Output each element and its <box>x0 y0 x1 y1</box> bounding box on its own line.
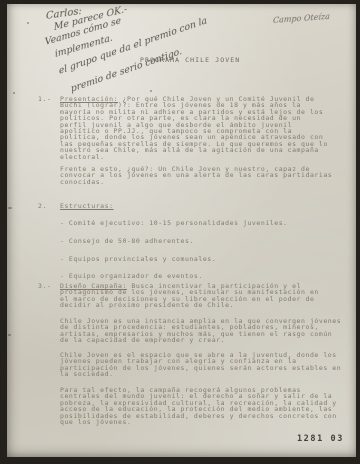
section-body: Presentación: ¿Por qué Chile Joven y un … <box>60 96 332 160</box>
bullet-item: - Equipos provinciales y comunales. <box>60 256 342 262</box>
paragraph: Para tal efecto, la campaña recogerá alg… <box>60 387 345 425</box>
paragraph: Frente a esto, ¿qué?: Un Chile Joven y n… <box>60 166 342 185</box>
paper-speck <box>13 92 15 94</box>
paragraph: Chile Joven es el espacio que se abre a … <box>60 352 345 378</box>
paper-speck <box>27 22 29 24</box>
section-number: 1.- <box>38 96 60 160</box>
page-number-stamp: 1281 03 <box>297 434 344 444</box>
section-diseno-campana: 3.- Diseño Campaña: Busca incentivar la … <box>38 283 332 309</box>
section-text: ¿Por qué Chile Joven y un Comité Juvenil… <box>60 95 328 161</box>
section-presentacion: 1.- Presentación: ¿Por qué Chile Joven y… <box>38 96 332 160</box>
section-estructuras: 2. Estructuras: <box>38 203 332 209</box>
page-title: PROGRAMA CHILE JOVEN <box>140 57 240 63</box>
bullet-item: - Consejo de 50-80 adherentes. <box>60 238 342 244</box>
paper-speck <box>8 334 11 336</box>
bullet-item: - Comité ejecutivo: 10-15 personalidades… <box>60 220 342 226</box>
bullet-item: - Equipo organizador de eventos. <box>60 273 342 279</box>
section-body: Diseño Campaña: Busca incentivar la part… <box>60 283 332 309</box>
paper: Carlos: Me parece OK.- Veamos cómo se im… <box>7 4 356 457</box>
section-number: 3.- <box>38 283 60 309</box>
reviewer-note: Campo Oteíza <box>273 12 331 25</box>
paragraph: Chile Joven es una instancia amplia en l… <box>60 318 345 344</box>
section-number: 2. <box>38 203 60 209</box>
scanned-document-page: Carlos: Me parece OK.- Veamos cómo se im… <box>0 0 360 464</box>
paper-speck <box>150 90 152 92</box>
bullet-list: - Comité ejecutivo: 10-15 personalidades… <box>60 220 342 291</box>
paper-speck <box>8 207 12 209</box>
section-label: Estructuras: <box>60 203 114 209</box>
